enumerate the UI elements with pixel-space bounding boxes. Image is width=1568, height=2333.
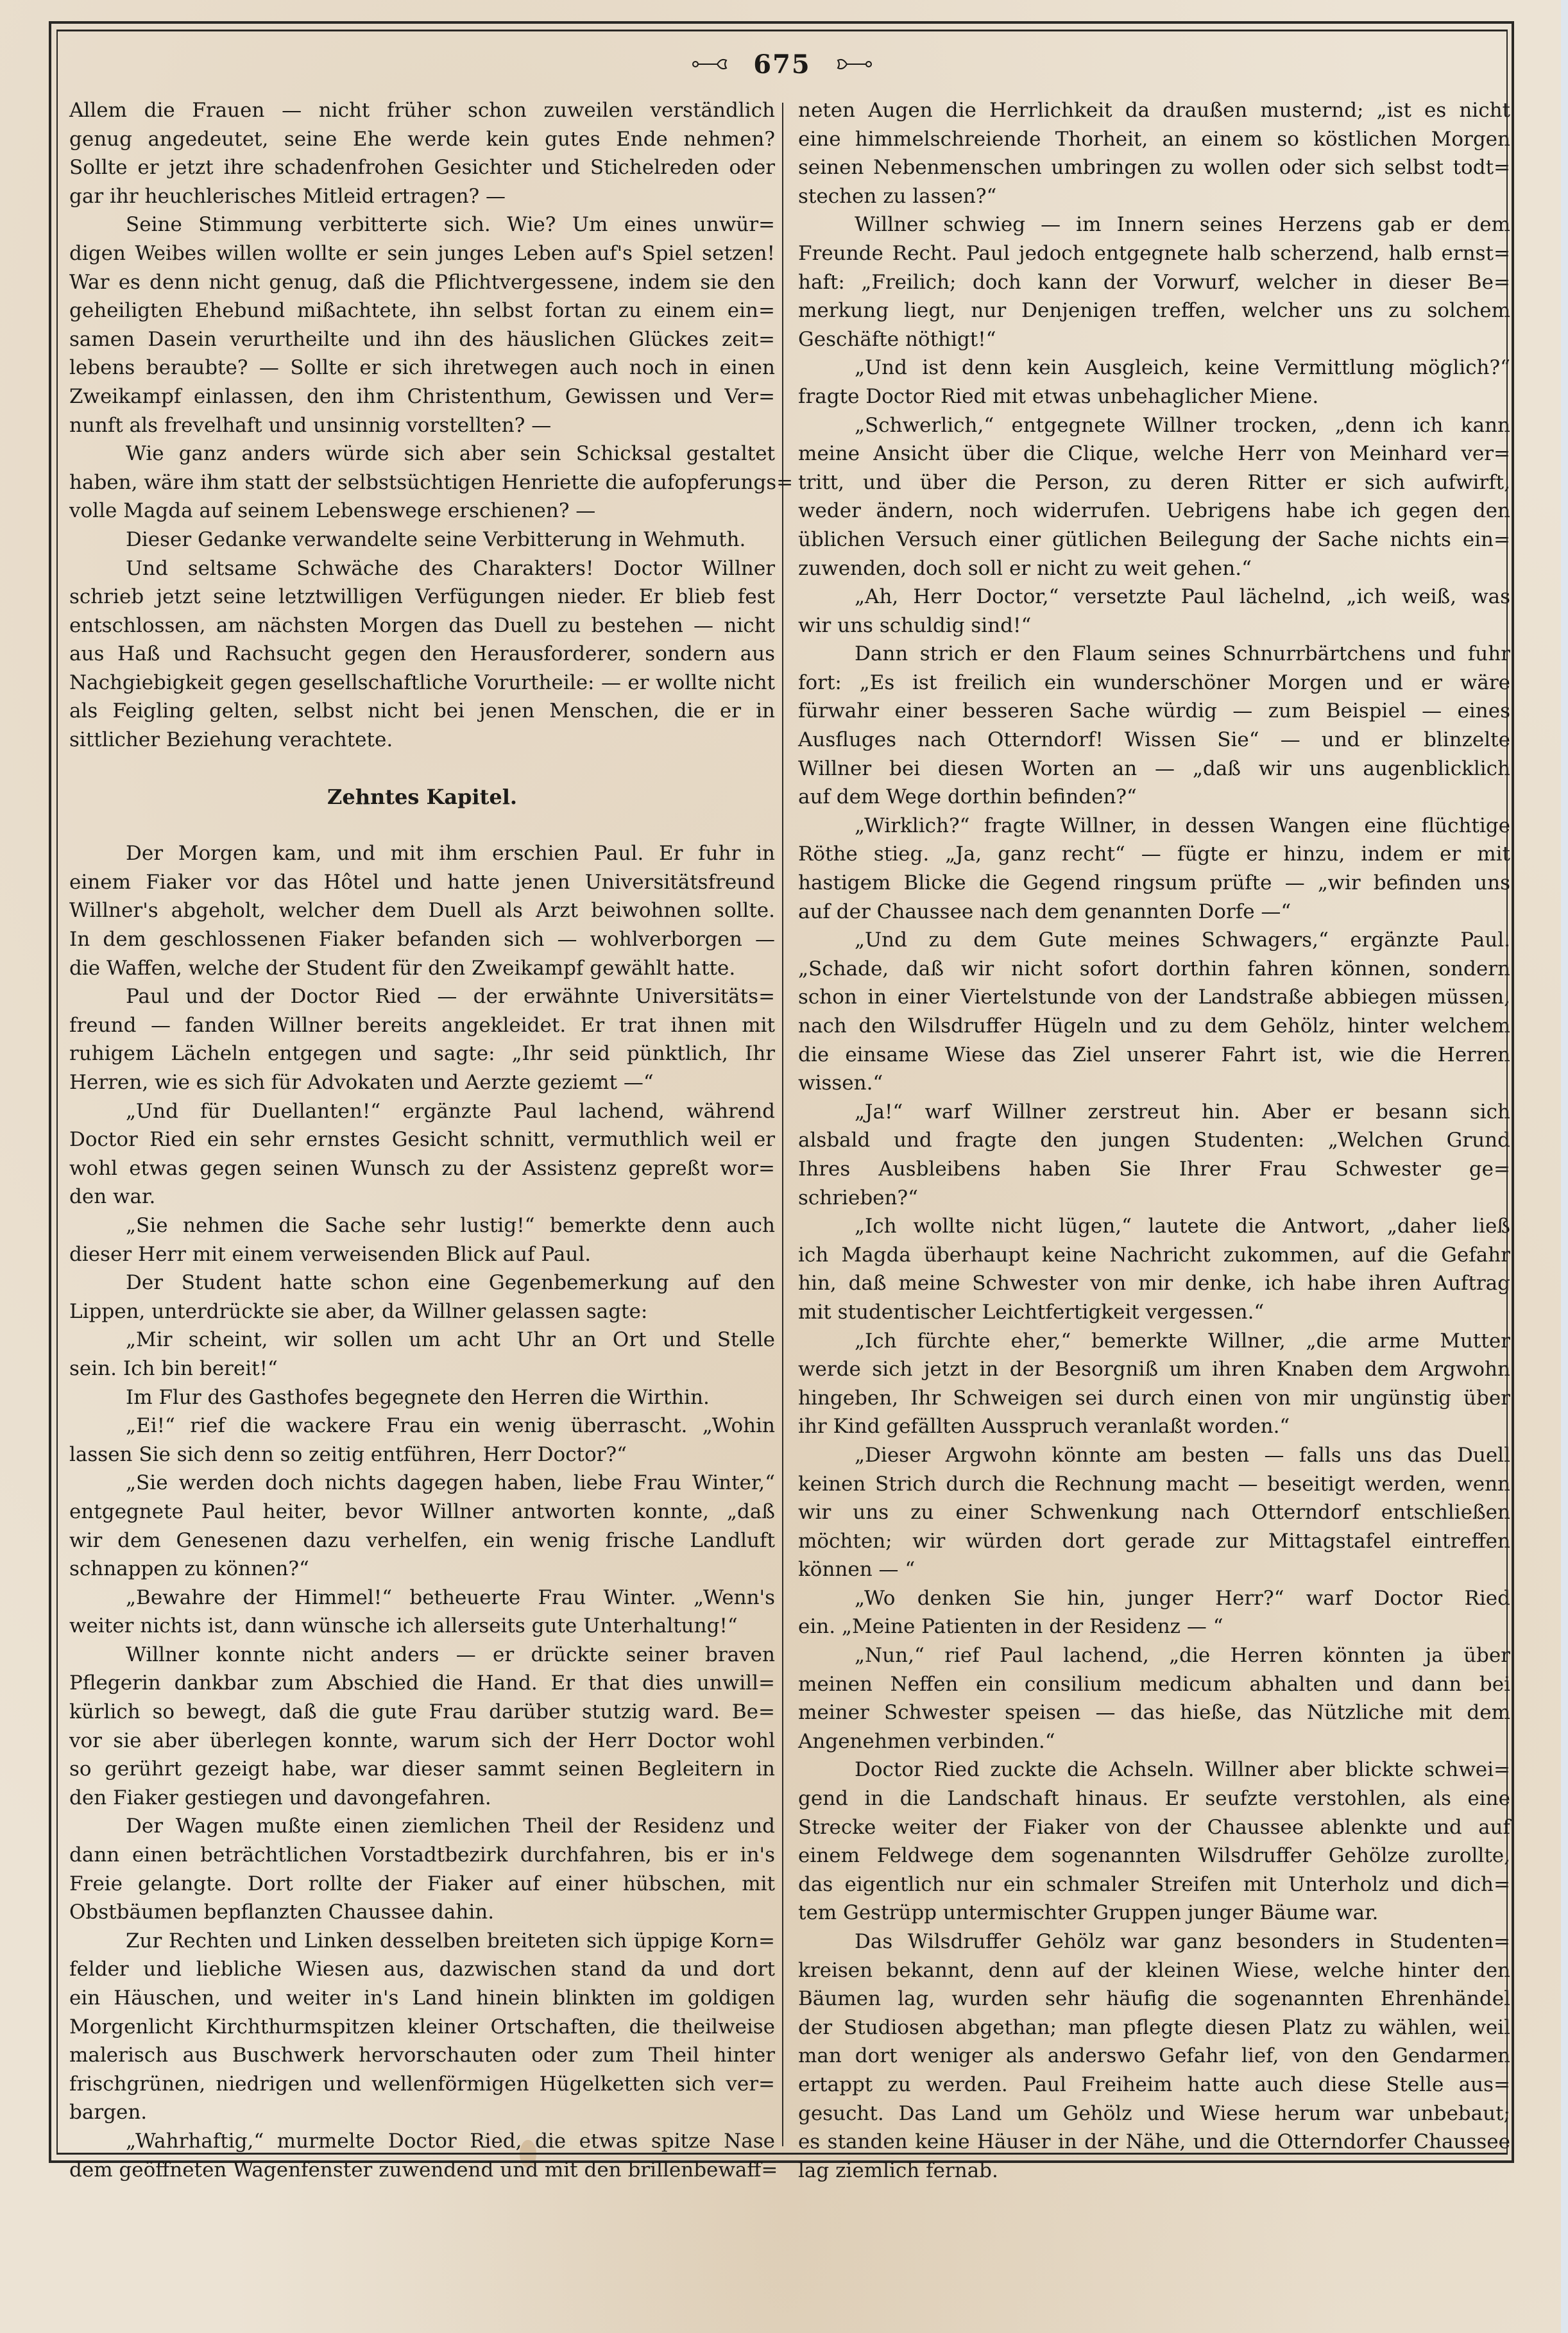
text-line: „Wahrhaftig,“ murmelte Doctor Ried, die … bbox=[69, 2127, 775, 2156]
paragraph: Dieser Gedanke verwandelte seine Verbitt… bbox=[69, 526, 775, 554]
text-line: seinen Nebenmenschen umbringen zu wollen… bbox=[798, 153, 1510, 182]
text-line: Willner's abgeholt, welcher dem Duell al… bbox=[69, 896, 775, 925]
text-line: dem geöffneten Wagenfenster zuwendend un… bbox=[69, 2156, 775, 2185]
text-line: hin, daß meine Schwester von mir denke, … bbox=[798, 1269, 1510, 1298]
text-line: einem Feldwege dem sogenannten Wilsdruff… bbox=[798, 1842, 1510, 1870]
text-line: hastigem Blicke die Gegend ringsum prüft… bbox=[798, 869, 1510, 898]
text-line: „Ei!“ rief die wackere Frau ein wenig üb… bbox=[69, 1412, 775, 1440]
text-line: Der Wagen mußte einen ziemlichen Theil d… bbox=[69, 1812, 775, 1841]
text-line: Der Morgen kam, und mit ihm erschien Pau… bbox=[69, 839, 775, 868]
text-line: die Waffen, welche der Student für den Z… bbox=[69, 954, 775, 983]
text-line: meinen Neffen ein consilium medicum abha… bbox=[798, 1670, 1510, 1699]
text-line: wir dem Genesenen dazu verhelfen, ein we… bbox=[69, 1526, 775, 1555]
text-line: Angenehmen verbinden.“ bbox=[798, 1727, 1510, 1756]
text-line: Seine Stimmung verbitterte sich. Wie? Um… bbox=[69, 210, 775, 239]
text-line: keinen Strich durch die Rechnung macht —… bbox=[798, 1470, 1510, 1499]
text-line: auf der Chaussee nach dem genannten Dorf… bbox=[798, 898, 1510, 927]
text-line: In dem geschlossenen Fiaker befanden sic… bbox=[69, 925, 775, 954]
paragraph: Und seltsame Schwäche des Charakters! Do… bbox=[69, 554, 775, 755]
text-line: neten Augen die Herrlichkeit da draußen … bbox=[798, 96, 1510, 125]
right-ornament-icon bbox=[834, 56, 873, 72]
text-line: man dort weniger als anderswo Gefahr lie… bbox=[798, 2042, 1510, 2071]
text-line: Freie gelangte. Dort rollte der Fiaker a… bbox=[69, 1870, 775, 1899]
text-line: Morgenlicht Kirchthurmspitzen kleiner Or… bbox=[69, 2013, 775, 2042]
text-line: „Mir scheint, wir sollen um acht Uhr an … bbox=[69, 1326, 775, 1355]
paragraph: Seine Stimmung verbitterte sich. Wie? Um… bbox=[69, 210, 775, 440]
text-line: gar ihr heuchlerisches Mitleid ertragen?… bbox=[69, 182, 775, 211]
text-line: „Ich fürchte eher,“ bemerkte Willner, „d… bbox=[798, 1327, 1510, 1356]
paragraph: Zur Rechten und Linken desselben breitet… bbox=[69, 1927, 775, 2127]
paragraph: „Wo denken Sie hin, junger Herr?“ warf D… bbox=[798, 1584, 1510, 1641]
text-line: wir uns schuldig sind!“ bbox=[798, 611, 1510, 640]
paragraph: „Bewahre der Himmel!“ betheuerte Frau Wi… bbox=[69, 1584, 775, 1641]
paragraph: „Wahrhaftig,“ murmelte Doctor Ried, die … bbox=[69, 2127, 775, 2184]
paragraph: „Wirklich?“ fragte Willner, in dessen Wa… bbox=[798, 812, 1510, 926]
text-line: Ausfluges nach Otterndorf! Wissen Sie“ —… bbox=[798, 726, 1510, 755]
text-line: den Fiaker gestiegen und davongefahren. bbox=[69, 1784, 775, 1813]
text-line: nach den Wilsdruffer Hügeln und zu dem G… bbox=[798, 1012, 1510, 1041]
text-line: möchten; wir würden dort gerade zur Mitt… bbox=[798, 1527, 1510, 1556]
text-line: „Nun,“ rief Paul lachend, „die Herren kö… bbox=[798, 1641, 1510, 1670]
text-line: Röthe stieg. „Ja, ganz recht“ — fügte er… bbox=[798, 840, 1510, 869]
text-line: merkung liegt, nur Denjenigen treffen, w… bbox=[798, 296, 1510, 325]
text-line: dann einen beträchtlichen Vorstadtbezirk… bbox=[69, 1841, 775, 1870]
text-line: auf dem Wege dorthin befinden?“ bbox=[798, 783, 1510, 812]
paragraph: „Und zu dem Gute meines Schwagers,“ ergä… bbox=[798, 926, 1510, 1098]
text-line: digen Weibes willen wollte er sein junge… bbox=[69, 239, 775, 268]
text-line: meiner Schwester speisen — das hieße, da… bbox=[798, 1698, 1510, 1727]
paragraph: „Ich wollte nicht lügen,“ lautete die An… bbox=[798, 1212, 1510, 1326]
text-line: aus Haß und Rachsucht gegen den Herausfo… bbox=[69, 640, 775, 669]
paragraph: Wie ganz anders würde sich aber sein Sch… bbox=[69, 440, 775, 526]
paragraph: Das Wilsdruffer Gehölz war ganz besonder… bbox=[798, 1927, 1510, 2185]
text-line: ihr Kind gefällten Ausspruch veranlaßt w… bbox=[798, 1412, 1510, 1441]
text-line: Bäumen lag, wurden sehr häufig die sogen… bbox=[798, 1985, 1510, 2013]
text-line: malerisch aus Buschwerk hervorschauten o… bbox=[69, 2041, 775, 2070]
text-line: Willner bei diesen Worten an — „daß wir … bbox=[798, 755, 1510, 783]
text-line: Im Flur des Gasthofes begegnete den Herr… bbox=[69, 1383, 775, 1412]
text-line: fürwahr einer besseren Sache würdig — zu… bbox=[798, 697, 1510, 726]
text-line: Allem die Frauen — nicht früher schon zu… bbox=[69, 96, 775, 125]
paragraph: „Ja!“ warf Willner zerstreut hin. Aber e… bbox=[798, 1098, 1510, 1212]
text-line: fort: „Es ist freilich ein wunderschöner… bbox=[798, 669, 1510, 697]
text-line: ruhigem Lächeln entgegen und sagte: „Ihr… bbox=[69, 1039, 775, 1068]
text-line: tem Gestrüpp untermischter Gruppen junge… bbox=[798, 1899, 1510, 1927]
text-line: wissen.“ bbox=[798, 1069, 1510, 1098]
text-line: „Dieser Argwohn könnte am besten — falls… bbox=[798, 1441, 1510, 1470]
text-line: „Wirklich?“ fragte Willner, in dessen Wa… bbox=[798, 812, 1510, 841]
text-line: wohl etwas gegen seinen Wunsch zu der As… bbox=[69, 1154, 775, 1183]
text-line: eine himmelschreiende Thorheit, an einem… bbox=[798, 125, 1510, 154]
text-line: Sollte er jetzt ihre schadenfrohen Gesic… bbox=[69, 153, 775, 182]
text-line: zuwenden, doch soll er nicht zu weit geh… bbox=[798, 554, 1510, 583]
text-line: es standen keine Häuser in der Nähe, und… bbox=[798, 2128, 1510, 2157]
paragraph: „Ah, Herr Doctor,“ versetzte Paul lächel… bbox=[798, 583, 1510, 640]
left-before-chapter: Allem die Frauen — nicht früher schon zu… bbox=[69, 96, 775, 755]
paragraph: neten Augen die Herrlichkeit da draußen … bbox=[798, 96, 1510, 210]
text-line: Paul und der Doctor Ried — der erwähnte … bbox=[69, 982, 775, 1011]
text-line: kreisen bekannt, denn auf der kleinen Wi… bbox=[798, 1956, 1510, 1985]
page-number: 675 bbox=[753, 49, 811, 80]
text-line: ertappt zu werden. Paul Freiheim hatte a… bbox=[798, 2071, 1510, 2099]
text-line: „Sie nehmen die Sache sehr lustig!“ beme… bbox=[69, 1211, 775, 1240]
text-line: „Ah, Herr Doctor,“ versetzte Paul lächel… bbox=[798, 583, 1510, 611]
text-line: entschlossen, am nächsten Morgen das Due… bbox=[69, 611, 775, 640]
text-line: lassen Sie sich denn so zeitig entführen… bbox=[69, 1440, 775, 1469]
text-line: schnappen zu können?“ bbox=[69, 1555, 775, 1584]
left-column: Allem die Frauen — nicht früher schon zu… bbox=[69, 96, 775, 2184]
paragraph: „Nun,“ rief Paul lachend, „die Herren kö… bbox=[798, 1641, 1510, 1756]
text-line: Dieser Gedanke verwandelte seine Verbitt… bbox=[69, 526, 775, 554]
text-line: Strecke weiter der Fiaker von der Chauss… bbox=[798, 1813, 1510, 1842]
text-line: „Und für Duellanten!“ ergänzte Paul lach… bbox=[69, 1097, 775, 1126]
text-line: „Wo denken Sie hin, junger Herr?“ warf D… bbox=[798, 1584, 1510, 1613]
text-line: Doctor Ried zuckte die Achseln. Willner … bbox=[798, 1756, 1510, 1784]
text-line: Zweikampf einlassen, den ihm Christenthu… bbox=[69, 382, 775, 411]
text-line: „Bewahre der Himmel!“ betheuerte Frau Wi… bbox=[69, 1584, 775, 1612]
text-line: stechen zu lassen?“ bbox=[798, 182, 1510, 211]
text-line: bargen. bbox=[69, 2098, 775, 2127]
text-line: weiter nichts ist, dann wünsche ich alle… bbox=[69, 1612, 775, 1641]
text-line: dieser Herr mit einem verweisenden Blick… bbox=[69, 1240, 775, 1269]
right-paragraphs: neten Augen die Herrlichkeit da draußen … bbox=[798, 96, 1510, 2185]
text-line: Wie ganz anders würde sich aber sein Sch… bbox=[69, 440, 775, 468]
text-line: fragte Doctor Ried mit etwas unbehaglich… bbox=[798, 382, 1510, 411]
text-line: „Und zu dem Gute meines Schwagers,“ ergä… bbox=[798, 926, 1510, 955]
paragraph: Im Flur des Gasthofes begegnete den Herr… bbox=[69, 1383, 775, 1412]
text-line: „Ja!“ warf Willner zerstreut hin. Aber e… bbox=[798, 1098, 1510, 1127]
text-line: vor sie aber überlegen konnte, warum sic… bbox=[69, 1727, 775, 1756]
text-line: „Sie werden doch nichts dagegen haben, l… bbox=[69, 1469, 775, 1498]
text-line: tritt, und über die Person, zu deren Rit… bbox=[798, 468, 1510, 497]
text-line: Nachgiebigkeit gegen gesellschaftliche V… bbox=[69, 669, 775, 697]
chapter-heading: Zehntes Kapitel. bbox=[69, 783, 775, 812]
text-line: schrieben?“ bbox=[798, 1184, 1510, 1213]
text-line: weder ändern, noch widerrufen. Uebrigens… bbox=[798, 497, 1510, 526]
text-line: wir uns zu einer Schwenkung nach Otternd… bbox=[798, 1498, 1510, 1527]
text-line: frischgrünen, niedrigen und wellenförmig… bbox=[69, 2070, 775, 2099]
paragraph: Der Student hatte schon eine Gegenbemerk… bbox=[69, 1269, 775, 1326]
text-line: War es denn nicht genug, daß die Pflicht… bbox=[69, 268, 775, 297]
paragraph: Dann strich er den Flaum seines Schnurrb… bbox=[798, 640, 1510, 812]
text-line: lebens beraubte? — Sollte er sich ihretw… bbox=[69, 354, 775, 382]
paragraph: Der Morgen kam, und mit ihm erschien Pau… bbox=[69, 839, 775, 982]
text-line: schrieb jetzt seine letztwilligen Verfüg… bbox=[69, 583, 775, 611]
text-line: werde sich jetzt in der Besorgniß um ihr… bbox=[798, 1355, 1510, 1384]
text-line: Und seltsame Schwäche des Charakters! Do… bbox=[69, 554, 775, 583]
text-line: sittlicher Beziehung verachtete. bbox=[69, 726, 775, 755]
paragraph: „Und ist denn kein Ausgleich, keine Verm… bbox=[798, 354, 1510, 411]
text-line: volle Magda auf seinem Lebenswege erschi… bbox=[69, 497, 775, 526]
paragraph: „Ei!“ rief die wackere Frau ein wenig üb… bbox=[69, 1412, 775, 1469]
text-line: Geschäfte nöthigt!“ bbox=[798, 325, 1510, 354]
text-line: sein. Ich bin bereit!“ bbox=[69, 1355, 775, 1383]
text-line: entgegnete Paul heiter, bevor Willner an… bbox=[69, 1498, 775, 1526]
page-header: 675 bbox=[56, 45, 1508, 83]
text-line: „Schwerlich,“ entgegnete Willner trocken… bbox=[798, 411, 1510, 440]
paragraph: „Ich fürchte eher,“ bemerkte Willner, „d… bbox=[798, 1327, 1510, 1441]
text-line: alsbald und fragte den jungen Studenten:… bbox=[798, 1126, 1510, 1155]
text-line: mit studentischer Leichtfertigkeit verge… bbox=[798, 1298, 1510, 1327]
text-line: genug angedeutet, seine Ehe werde kein g… bbox=[69, 125, 775, 154]
text-line: Lippen, unterdrückte sie aber, da Willne… bbox=[69, 1297, 775, 1326]
paragraph: „Schwerlich,“ entgegnete Willner trocken… bbox=[798, 411, 1510, 583]
text-line: kürlich so bewegt, daß die gute Frau dar… bbox=[69, 1698, 775, 1727]
text-line: Herren, wie es sich für Advokaten und Ae… bbox=[69, 1068, 775, 1097]
text-line: ich Magda überhaupt keine Nachricht zuko… bbox=[798, 1241, 1510, 1270]
text-line: haben, wäre ihm statt der selbstsüchtige… bbox=[69, 468, 775, 497]
text-line: freund — fanden Willner bereits angeklei… bbox=[69, 1011, 775, 1040]
paragraph: Doctor Ried zuckte die Achseln. Willner … bbox=[798, 1756, 1510, 1927]
text-line: lag ziemlich fernab. bbox=[798, 2157, 1510, 2185]
text-line: geheiligten Ehebund mißachtete, ihn selb… bbox=[69, 296, 775, 325]
paragraph: Willner schwieg — im Innern seines Herze… bbox=[798, 210, 1510, 354]
paragraph: „Dieser Argwohn könnte am besten — falls… bbox=[798, 1441, 1510, 1584]
text-line: können — “ bbox=[798, 1555, 1510, 1584]
text-line: Obstbäumen bepflanzten Chaussee dahin. bbox=[69, 1898, 775, 1927]
text-line: samen Dasein verurtheilte und ihn des hä… bbox=[69, 325, 775, 354]
scan-edge-strip bbox=[1561, 0, 1568, 2333]
text-line: Doctor Ried ein sehr ernstes Gesicht sch… bbox=[69, 1125, 775, 1154]
text-line: gend in die Landschaft hinaus. Er seufzt… bbox=[798, 1784, 1510, 1813]
text-line: Das Wilsdruffer Gehölz war ganz besonder… bbox=[798, 1927, 1510, 1956]
text-line: ein. „Meine Patienten in der Residenz — … bbox=[798, 1612, 1510, 1641]
text-line: meine Ansicht über die Clique, welche He… bbox=[798, 440, 1510, 468]
text-line: Der Student hatte schon eine Gegenbemerk… bbox=[69, 1269, 775, 1297]
text-line: nunft als frevelhaft und unsinnig vorste… bbox=[69, 411, 775, 440]
text-line: Freunde Recht. Paul jedoch entgegnete ha… bbox=[798, 239, 1510, 268]
text-line: einem Fiaker vor das Hôtel und hatte jen… bbox=[69, 868, 775, 897]
right-column: neten Augen die Herrlichkeit da draußen … bbox=[798, 96, 1510, 2185]
text-line: Willner konnte nicht anders — er drückte… bbox=[69, 1641, 775, 1670]
left-after-chapter: Der Morgen kam, und mit ihm erschien Pau… bbox=[69, 839, 775, 2184]
text-line: Ihres Ausbleibens haben Sie Ihrer Frau S… bbox=[798, 1155, 1510, 1184]
text-line: das eigentlich nur ein schmaler Streifen… bbox=[798, 1870, 1510, 1899]
text-line: haft: „Freilich; doch kann der Vorwurf, … bbox=[798, 268, 1510, 297]
text-line: ein Häuschen, und weiter in's Land hinei… bbox=[69, 1984, 775, 2013]
text-line: „Schade, daß wir nicht sofort dorthin fa… bbox=[798, 955, 1510, 984]
paragraph: Willner konnte nicht anders — er drückte… bbox=[69, 1641, 775, 1813]
text-line: üblichen Versuch einer gütlichen Beilegu… bbox=[798, 526, 1510, 554]
text-line: den war. bbox=[69, 1183, 775, 1211]
text-line: hingeben, Ihr Schweigen sei durch einen … bbox=[798, 1384, 1510, 1413]
paragraph: „Sie nehmen die Sache sehr lustig!“ beme… bbox=[69, 1211, 775, 1269]
text-line: schon in einer Viertelstunde von der Lan… bbox=[798, 983, 1510, 1012]
left-ornament-icon bbox=[692, 56, 730, 72]
column-divider bbox=[782, 103, 783, 2146]
text-line: Dann strich er den Flaum seines Schnurrb… bbox=[798, 640, 1510, 669]
paragraph: Allem die Frauen — nicht früher schon zu… bbox=[69, 96, 775, 210]
text-line: „Ich wollte nicht lügen,“ lautete die An… bbox=[798, 1212, 1510, 1241]
paragraph: Paul und der Doctor Ried — der erwähnte … bbox=[69, 982, 775, 1097]
text-line: die einsame Wiese das Ziel unserer Fahrt… bbox=[798, 1041, 1510, 1070]
text-line: Pflegerin dankbar zum Abschied die Hand.… bbox=[69, 1669, 775, 1698]
text-line: felder und liebliche Wiesen aus, dazwisc… bbox=[69, 1955, 775, 1984]
text-line: der Studiosen abgethan; man pflegte dies… bbox=[798, 2013, 1510, 2042]
paragraph: „Und für Duellanten!“ ergänzte Paul lach… bbox=[69, 1097, 775, 1211]
text-line: so gerührt gezeigt habe, war dieser samm… bbox=[69, 1755, 775, 1784]
text-line: gesucht. Das Land um Gehölz und Wiese he… bbox=[798, 2099, 1510, 2128]
text-line: als Feigling gelten, selbst nicht bei je… bbox=[69, 697, 775, 726]
text-line: Zur Rechten und Linken desselben breitet… bbox=[69, 1927, 775, 1956]
text-line: „Und ist denn kein Ausgleich, keine Verm… bbox=[798, 354, 1510, 382]
text-line: Willner schwieg — im Innern seines Herze… bbox=[798, 210, 1510, 239]
paragraph: „Sie werden doch nichts dagegen haben, l… bbox=[69, 1469, 775, 1583]
paragraph: Der Wagen mußte einen ziemlichen Theil d… bbox=[69, 1812, 775, 1926]
paragraph: „Mir scheint, wir sollen um acht Uhr an … bbox=[69, 1326, 775, 1383]
